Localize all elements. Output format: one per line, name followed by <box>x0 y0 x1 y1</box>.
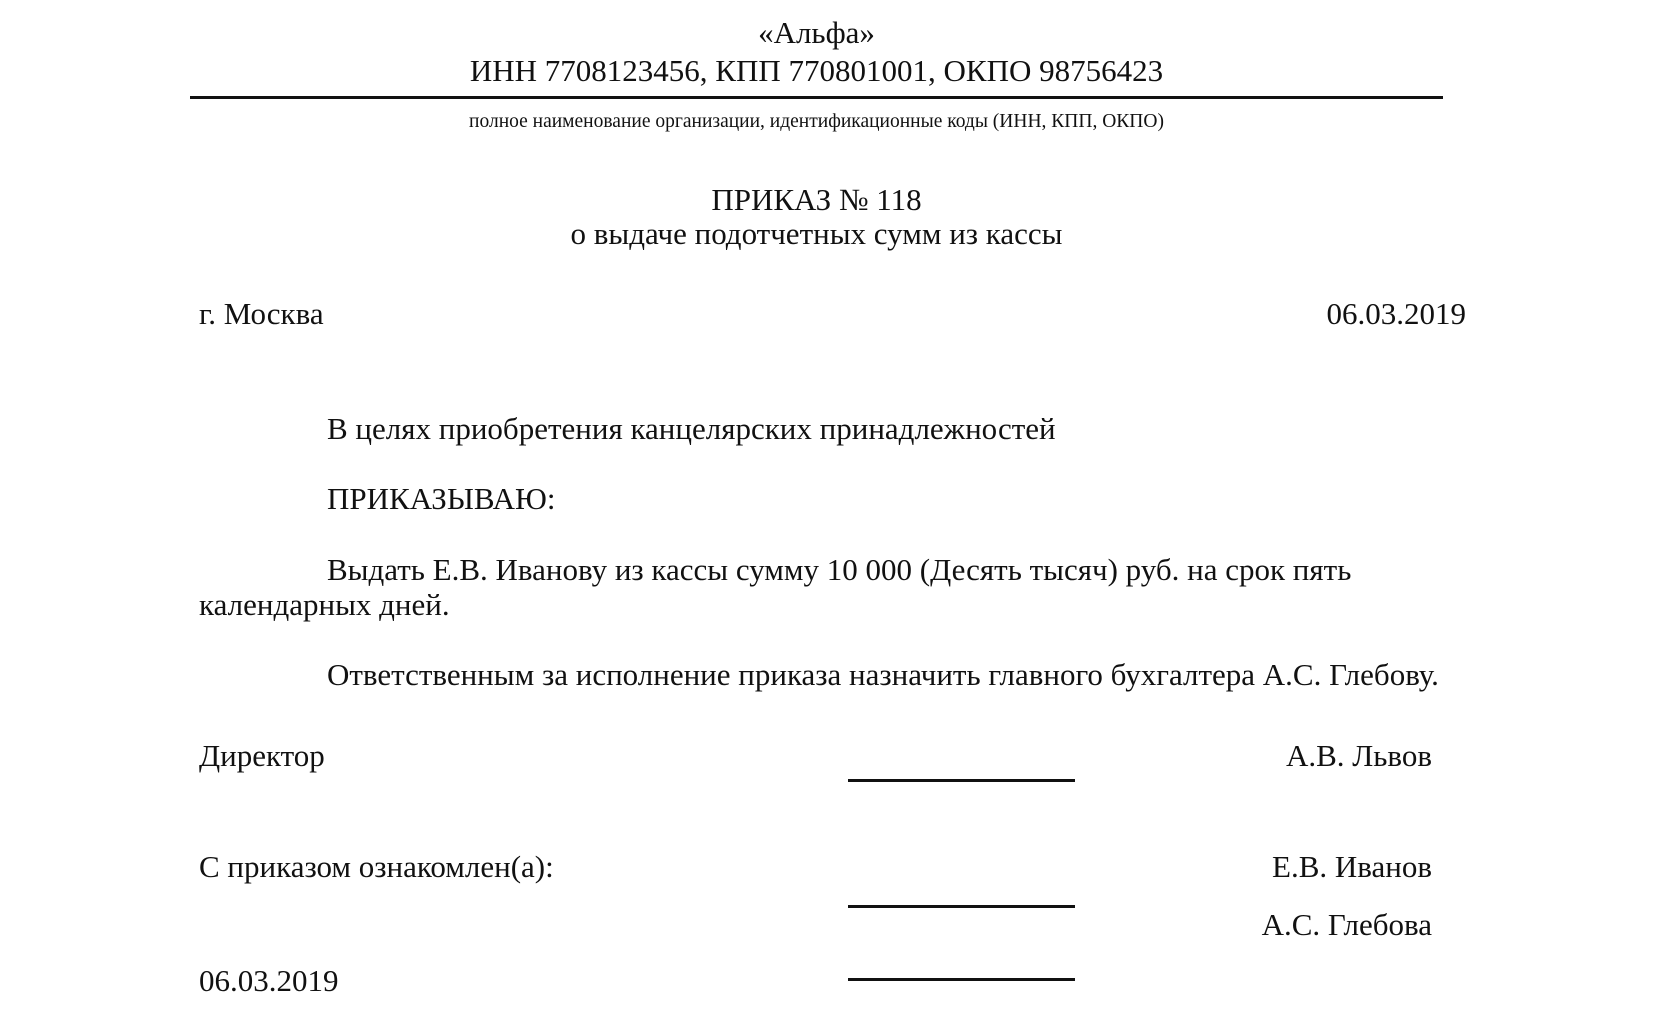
director-name: А.В. Львов <box>1286 740 1432 771</box>
acquainted-name: Е.В. Иванов <box>1272 851 1432 882</box>
purpose-paragraph: В целях приобретения канцелярских принад… <box>327 413 1056 444</box>
director-signature-line <box>848 779 1075 782</box>
director-label: Директор <box>199 740 325 771</box>
responsible-paragraph: Ответственным за исполнение приказа назн… <box>327 659 1439 690</box>
city: г. Москва <box>199 298 324 329</box>
acquainted-signature-line <box>848 905 1075 908</box>
acquainted-name: А.С. Глебова <box>1262 909 1432 940</box>
acquainted-signature-line <box>848 978 1075 981</box>
signature-date: 06.03.2019 <box>199 965 339 996</box>
order-date: 06.03.2019 <box>1327 298 1467 329</box>
issue-paragraph-line-2: календарных дней. <box>199 589 450 620</box>
order-subject: о выдаче подотчетных сумм из кассы <box>190 218 1443 249</box>
header-divider <box>190 96 1443 99</box>
organization-codes: ИНН 7708123456, КПП 770801001, ОКПО 9875… <box>190 55 1443 86</box>
issue-paragraph-line-1: Выдать Е.В. Иванову из кассы сумму 10 00… <box>327 554 1351 585</box>
order-word: ПРИКАЗЫВАЮ: <box>327 483 555 514</box>
organization-caption: полное наименование организации, идентиф… <box>190 112 1443 132</box>
organization-name: «Альфа» <box>190 17 1443 48</box>
acquainted-label: С приказом ознакомлен(а): <box>199 851 554 882</box>
order-title: ПРИКАЗ № 118 <box>190 184 1443 215</box>
